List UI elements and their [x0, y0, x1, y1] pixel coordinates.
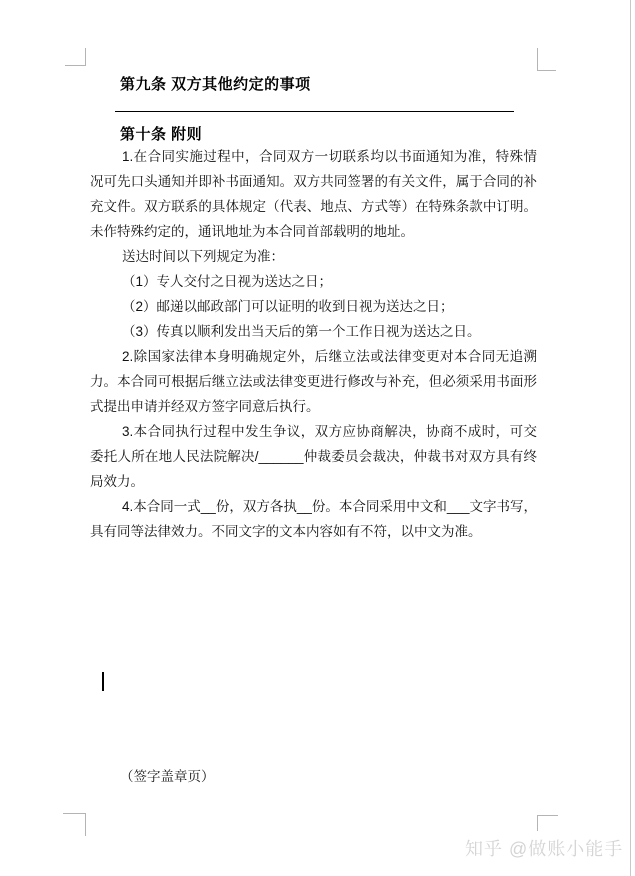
contract-body: 1.在合同实施过程中，合同双方一切联系均以书面通知为准，特殊情况可先口头通知并即… [90, 144, 537, 544]
margin-crop-mark-bottom-left [63, 813, 86, 836]
signature-page-note[interactable]: （签字盖章页） [120, 765, 215, 785]
heading-article-9[interactable]: 第九条 双方其他约定的事项 [120, 73, 311, 94]
paragraph-delivery-intro[interactable]: 送达时间以下列规定为准： [90, 244, 537, 269]
document-page[interactable]: 第九条 双方其他约定的事项 第十条 附则 1.在合同实施过程中，合同双方一切联系… [0, 0, 635, 876]
heading-article-10[interactable]: 第十条 附则 [120, 123, 202, 144]
paragraph-delivery-item-3[interactable]: （3）传真以顺利发出当天后的第一个工作日视为送达之日。 [90, 319, 537, 344]
text-cursor [102, 672, 104, 691]
paragraph-law-changes[interactable]: 2.除国家法律本身明确规定外，后继立法或法律变更对本合同无追溯力。本合同可根据后… [90, 344, 537, 419]
margin-crop-mark-top-right [537, 48, 556, 71]
watermark: 知乎 @做账小能手 [465, 835, 623, 861]
paragraph-copies[interactable]: 4.本合同一式__份，双方各执__份。本合同采用中文和___文字书写，具有同等法… [90, 494, 537, 544]
paragraph-delivery-item-1[interactable]: （1）专人交付之日视为送达之日； [90, 269, 537, 294]
paragraph-delivery-item-2[interactable]: （2）邮递以邮政部门可以证明的收到日视为送达之日； [90, 294, 537, 319]
paragraph-disputes[interactable]: 3.本合同执行过程中发生争议，双方应协商解决，协商不成时，可交委托人所在地人民法… [90, 419, 537, 494]
page-edge-line [630, 0, 631, 876]
margin-crop-mark-bottom-right [537, 815, 558, 831]
paragraph-notices[interactable]: 1.在合同实施过程中，合同双方一切联系均以书面通知为准，特殊情况可先口头通知并即… [90, 144, 537, 244]
section-divider-line [115, 111, 514, 112]
margin-crop-mark-top-left [65, 48, 86, 66]
